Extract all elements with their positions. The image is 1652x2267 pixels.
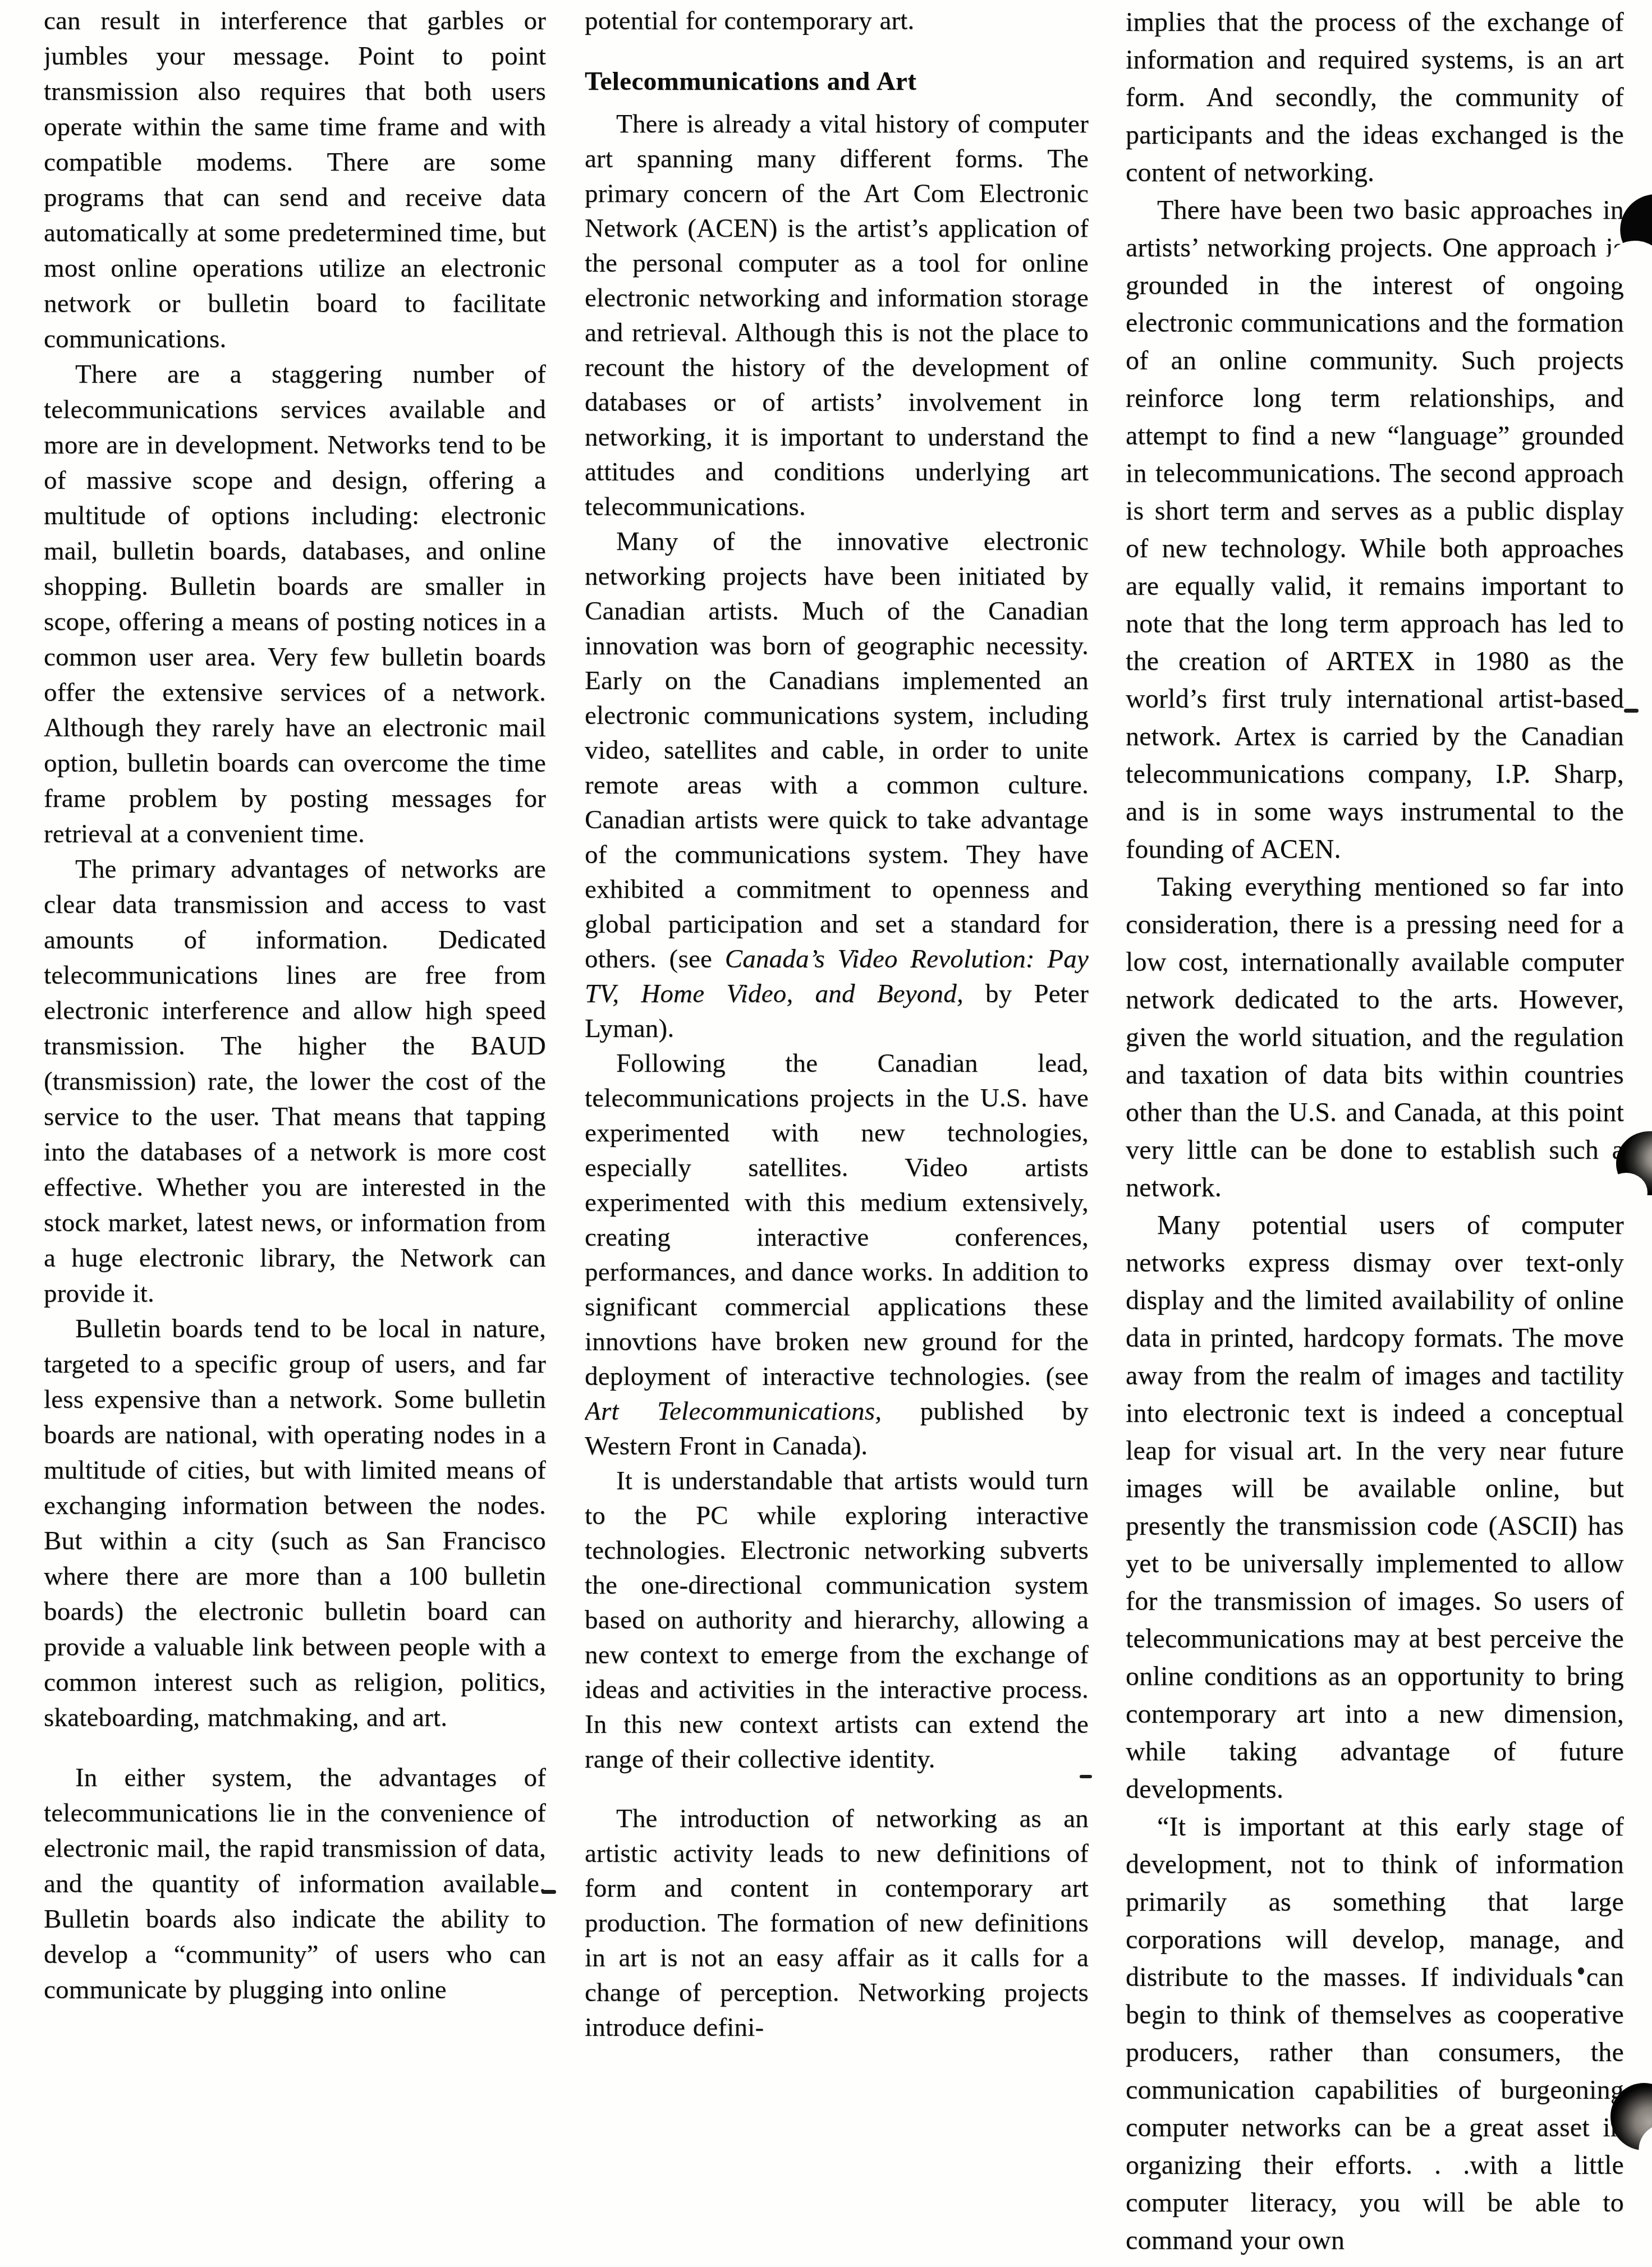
paragraph: can result in interference that garbles … (44, 3, 546, 357)
body-text-run: Taking everything mentioned so far into … (1126, 872, 1624, 1203)
paragraph: The primary advantages of networks are c… (44, 852, 546, 1311)
paragraph: “It is important at this early stage of … (1126, 1808, 1624, 2259)
body-text-run: Many potential users of computer network… (1126, 1210, 1624, 1804)
scanned-article-page: can result in interference that garbles … (0, 0, 1652, 2267)
ink-speck (1080, 1775, 1092, 1778)
ink-speck (542, 1890, 556, 1894)
ink-speck (1578, 1967, 1584, 1975)
body-text-run: The primary advantages of networks are c… (44, 855, 546, 1308)
body-text-run: potential for contemporary art. (585, 6, 915, 35)
body-text-run: There are a staggering number of telecom… (44, 360, 546, 848)
body-text-run: It is understandable that artists would … (585, 1466, 1089, 1774)
text-column-1: can result in interference that garbles … (44, 3, 546, 2267)
text-column-2: potential for contemporary art.Telecommu… (585, 3, 1089, 2267)
body-text-run: Many of the innovative electronic networ… (585, 527, 1089, 974)
paragraph: There have been two basic approaches in … (1126, 191, 1624, 868)
paragraph: There are a staggering number of telecom… (44, 357, 546, 852)
body-text-run: There is already a vital history of comp… (585, 109, 1089, 521)
paragraph: Following the Canadian lead, telecommuni… (585, 1046, 1089, 1463)
paragraph: Bulletin boards tend to be local in natu… (44, 1311, 546, 1736)
paragraph: In either system, the advantages of tele… (44, 1760, 546, 2008)
paragraph: There is already a vital history of comp… (585, 107, 1089, 524)
paragraph: implies that the process of the exchange… (1126, 3, 1624, 191)
body-text-run: “It is important at this early stage of … (1126, 1812, 1624, 2255)
paragraph: Many potential users of computer network… (1126, 1206, 1624, 1808)
paragraph: Many of the innovative electronic networ… (585, 524, 1089, 1046)
body-text-run: can result in interference that garbles … (44, 6, 546, 354)
paragraph: Taking everything mentioned so far into … (1126, 868, 1624, 1206)
paragraph: It is understandable that artists would … (585, 1463, 1089, 1777)
body-text-run: The introduction of networking as an art… (585, 1804, 1089, 2042)
body-text-run: In either system, the advantages of tele… (44, 1763, 546, 2004)
ink-speck (1624, 709, 1639, 713)
text-column-3: implies that the process of the exchange… (1126, 3, 1624, 2267)
paragraph: The introduction of networking as an art… (585, 1801, 1089, 2045)
body-text-run: Telecommunications and Art (585, 67, 916, 96)
paragraph: potential for contemporary art. (585, 3, 1089, 38)
section-heading: Telecommunications and Art (585, 64, 1089, 99)
body-text-run: Bulletin boards tend to be local in natu… (44, 1314, 546, 1732)
body-text-run: There have been two basic approaches in … (1126, 195, 1624, 864)
body-text-run: Following the Canadian lead, telecommuni… (585, 1049, 1089, 1391)
italic-citation-text: Art Telecommunications, (585, 1397, 882, 1426)
body-text-run: implies that the process of the exchange… (1126, 7, 1624, 187)
